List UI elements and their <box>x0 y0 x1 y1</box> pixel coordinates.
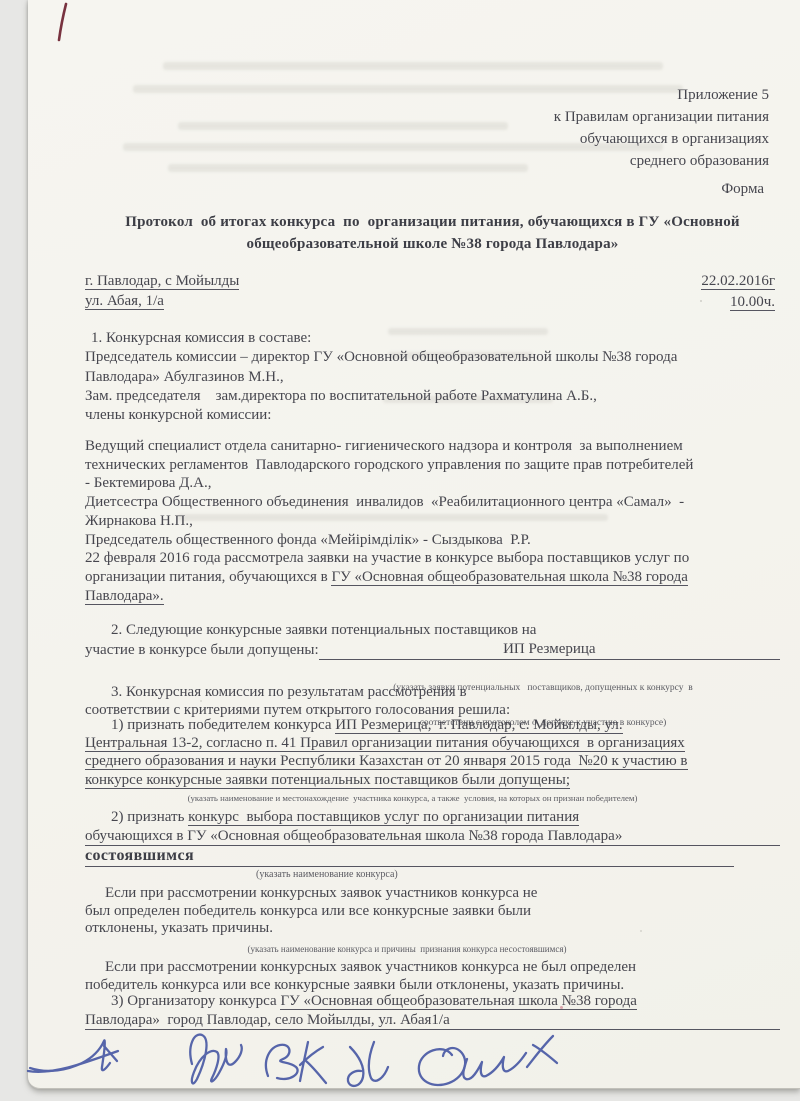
member-line: Ведущий специалист отдела санитарно- гиг… <box>85 437 780 456</box>
commission-line: Павлодара» Абулгазинов М.Н., <box>85 368 780 387</box>
member-line: Жирнакова Н.П., <box>85 512 780 531</box>
review-line: организации питания, обучающихся в ГУ «О… <box>85 568 780 587</box>
not-held-line: отклонены, указать причины. <box>85 920 780 938</box>
review-line: Павлодара». <box>85 587 780 606</box>
admitted-bids-line: 2. Следующие конкурсные заявки потенциал… <box>85 621 780 640</box>
admitted-bids-fill-line: участие в конкурсе были допущены: ИП Рез… <box>85 640 780 660</box>
form-hint: (указать наименование конкурса и причины… <box>224 944 590 954</box>
protocol-time: 10.00ч. <box>730 294 775 311</box>
decision-held: 2) признать конкурс выбора поставщиков у… <box>85 808 780 867</box>
rules-reference-line: обучающихся в организациях <box>85 128 769 150</box>
decision-held-line: 2) признать конкурс выбора поставщиков у… <box>85 808 780 827</box>
contest-name-underlined: конкурс выбора поставщиков услуг по орга… <box>188 809 579 826</box>
bleed-through-text <box>163 62 663 70</box>
signature-5 <box>527 1036 553 1067</box>
paper-sheet: Приложение 5 к Правилам организации пита… <box>28 0 800 1089</box>
blank-underline <box>622 830 780 846</box>
result-word: состоявшимся <box>85 847 194 867</box>
review-line: 22 февраля 2016 года рассмотрела заявки … <box>85 549 780 568</box>
blank-underline <box>194 851 734 867</box>
signature-2 <box>190 1035 241 1084</box>
signature-4 <box>348 1047 363 1086</box>
appendix-number: Приложение 5 <box>85 84 769 106</box>
decision-winner-line: конкурсе конкурсные заявки потенциальных… <box>85 771 780 789</box>
rules-reference-line: к Правилам организации питания <box>85 106 769 128</box>
not-held-line: Если при рассмотрении конкурсных заявок … <box>85 958 780 976</box>
winner-details-underlined: конкурсе конкурсные заявки потенциальных… <box>85 772 570 789</box>
commission-line: 1. Конкурсная комиссия в составе: <box>85 329 780 348</box>
scanned-protocol-document: { "doc": { "header": { "appendix": "Прил… <box>0 0 800 1101</box>
form-label: Форма <box>85 178 764 200</box>
voting-section: 3. Конкурсная комиссия по результатам ра… <box>85 684 780 719</box>
member-line: - Бектемирова Д.А., <box>85 474 780 493</box>
decision-held-line: обучающихся в ГУ «Основная общеобразоват… <box>85 827 780 847</box>
not-held-line: Если при рассмотрении конкурсных заявок … <box>85 885 780 903</box>
signature-4 <box>369 1042 388 1081</box>
voting-line: 3. Конкурсная комиссия по результатам ра… <box>85 684 780 702</box>
winner-details-underlined: ИП Резмерица, г. Павлодар, с. Мойылды, у… <box>335 717 622 734</box>
admitted-bids-label: участие в конкурсе были допущены: <box>85 641 319 660</box>
appendix-header: Приложение 5 к Правилам организации пита… <box>85 84 769 172</box>
form-hint: (указать наименование конкурса) <box>256 869 398 880</box>
decision-held-lead: 2) признать <box>111 809 188 825</box>
admitted-bids-section: 2. Следующие конкурсные заявки потенциал… <box>85 621 780 660</box>
form-hint: (указать наименование и местонахождение … <box>90 793 735 803</box>
school-name-underlined: Павлодара». <box>85 588 164 605</box>
not-held-clause: Если при рассмотрении конкурсных заявок … <box>85 958 780 994</box>
signature-3 <box>306 1061 326 1083</box>
commission-line: Зам. председателя зам.директора по воспи… <box>85 387 780 406</box>
signature-5 <box>463 1053 526 1079</box>
commission-section: 1. Конкурсная комиссия в составе: Предсе… <box>85 329 780 425</box>
rules-reference-line: среднего образования <box>85 150 769 172</box>
contest-name-underlined: обучающихся в ГУ «Основная общеобразоват… <box>85 827 622 847</box>
title-line: Протокол об итогах конкурса по организац… <box>85 211 780 233</box>
member-line: Председатель общественного фонда «Мейірі… <box>85 531 780 550</box>
signature-3 <box>300 1047 323 1065</box>
commission-line: Председатель комиссии – директор ГУ «Осн… <box>85 348 780 367</box>
decision-organizer: 3) Организатору конкурса ГУ «Основная об… <box>85 992 780 1030</box>
decision-winner-lead: 1) признать победителем конкурса <box>111 717 331 733</box>
organizer-underlined: ГУ «Основная общеобразовательная школа №… <box>280 993 636 1010</box>
member-line: технических регламентов Павлодарского го… <box>85 456 780 475</box>
winner-name-filled: ИП Резмерица <box>319 640 780 660</box>
not-held-clause: Если при рассмотрении конкурсных заявок … <box>85 885 780 938</box>
title-line: общеобразовательной школе №38 города Пав… <box>85 233 780 255</box>
decision-organizer-lead: 3) Организатору конкурса <box>111 993 280 1009</box>
decision-organizer-line: 3) Организатору конкурса ГУ «Основная об… <box>85 992 780 1011</box>
decision-winner: 1) признать победителем конкурса ИП Резм… <box>85 716 780 789</box>
handwritten-signatures <box>20 1026 620 1092</box>
commission-line: члены конкурсной комиссии: <box>85 406 780 425</box>
signature-5 <box>419 1048 465 1085</box>
result-line: состоявшимся <box>85 847 780 867</box>
review-line-plain: организации питания, обучающихся в <box>85 569 331 585</box>
decision-winner-line: Центральная 13-2, согласно п. 41 Правил … <box>85 734 780 752</box>
winner-details-underlined: среднего образования и науки Республики … <box>85 753 688 770</box>
not-held-line: был определен победитель конкурса или вс… <box>85 903 780 921</box>
signature-3 <box>266 1045 298 1079</box>
members-section: Ведущий специалист отдела санитарно- гиг… <box>85 437 780 605</box>
decision-winner-line: 1) признать победителем конкурса ИП Резм… <box>85 716 780 734</box>
document-title: Протокол об итогах конкурса по организац… <box>85 211 780 255</box>
protocol-date: 22.02.2016г <box>701 273 775 290</box>
school-name-underlined: ГУ «Основная общеобразовательная школа №… <box>331 569 687 586</box>
member-line: Диетсестра Общественного объединения инв… <box>85 493 780 512</box>
decision-winner-line: среднего образования и науки Республики … <box>85 752 780 770</box>
winner-details-underlined: Центральная 13-2, согласно п. 41 Правил … <box>85 735 685 752</box>
signature-1 <box>104 1046 117 1061</box>
date-block: 22.02.2016г 10.00ч. <box>85 271 775 313</box>
red-pen-mark <box>48 0 88 50</box>
